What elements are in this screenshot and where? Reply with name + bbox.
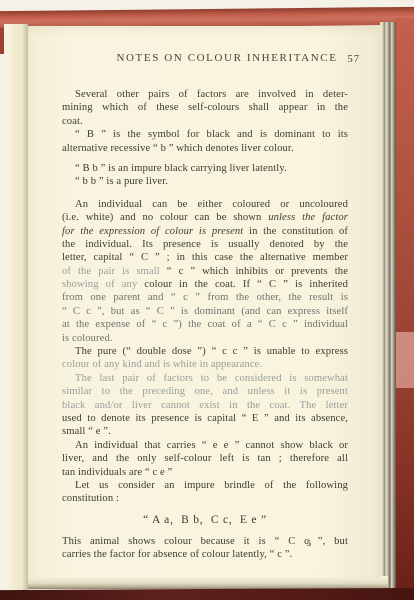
text-segment: in the constitution of	[243, 226, 348, 237]
book-page: NOTES ON COLOUR INHERITANCE 57 Several o…	[28, 26, 380, 578]
text-line: “ B b ” is an impure black carrying live…	[62, 162, 348, 175]
text-segment: colour in the coat. If “ C ” is inherite…	[144, 279, 348, 290]
text-segment: letter, capital “ C ” ; in this case the…	[62, 252, 348, 263]
text-line: “ C c ”, but as “ C ” is dominant (and c…	[62, 305, 348, 318]
text-segment: from one parent and “ c ” from the other…	[62, 292, 348, 303]
text-line: tan individuals are “ c e ”	[62, 466, 348, 479]
text-line: of the pair is small “ c ” which inhibit…	[62, 265, 348, 278]
text-line: “ A a, B b, C c, E e ”	[62, 513, 348, 528]
text-line: “ B ” is the symbol for black and is dom…	[62, 128, 348, 141]
text-line: carries the factor for absence of colour…	[62, 548, 348, 561]
text-segment: for the expression of colour is present	[62, 226, 243, 237]
book-cover-bottom-edge	[0, 588, 414, 600]
text-line: “ b b ” is a pure liver.	[62, 175, 348, 188]
text-segment: coat.	[62, 116, 83, 127]
text-line: An individual that carries “ e e ” canno…	[62, 439, 348, 452]
text-segment: alternative recessive “ b ” which denote…	[62, 143, 294, 154]
text-line: letter, capital “ C ” ; in this case the…	[62, 251, 348, 264]
text-segment: An individual that carries “ e e ” canno…	[75, 440, 348, 451]
text-segment: showing of any	[62, 279, 144, 290]
paragraph: An individual that carries “ e e ” canno…	[62, 439, 348, 479]
text-segment: “ C c ”, but as “ C ” is dominant (and c…	[62, 306, 348, 317]
text-line: colour of any kind and is white in appea…	[62, 358, 348, 371]
text-line: The pure (“ double dose ”) “ c c ” is un…	[62, 345, 348, 358]
text-segment: black and/or liver cannot exist in the c…	[62, 400, 348, 411]
paragraph: Several other pairs of factors are invol…	[62, 88, 348, 128]
text-segment: This animal shows colour because it is “…	[62, 536, 348, 547]
text-line: for the expression of colour is present …	[62, 225, 348, 238]
page-stack-edge-right	[380, 22, 396, 588]
text-line: alternative recessive “ b ” which denote…	[62, 142, 348, 155]
text-segment: (i.e. white) and no colour can be shown	[62, 212, 268, 223]
text-line: constitution :	[62, 492, 348, 505]
text-segment: The last pair of factors to be considere…	[75, 373, 348, 384]
text-segment: The pure (“ double dose ”) “ c c ” is un…	[75, 346, 348, 357]
text-segment: unless the factor	[268, 212, 348, 223]
paragraph: “ B ” is the symbol for black and is dom…	[62, 128, 348, 155]
text-segment: Several other pairs of factors are invol…	[75, 89, 348, 100]
text-segment: “ B ” is the symbol for black and is dom…	[75, 129, 348, 140]
text-segment: constitution :	[62, 493, 119, 504]
text-segment: is coloured.	[62, 333, 113, 344]
text-segment: “ b b ” is a pure liver.	[75, 176, 168, 187]
text-line: Let us consider an impure brindle of the…	[62, 479, 348, 492]
text-block: Several other pairs of factors are invol…	[62, 88, 348, 562]
text-segment: “ B b ” is an impure black carrying live…	[75, 163, 287, 174]
text-segment: colour of any kind and is white in appea…	[62, 359, 262, 370]
book-cover-right-edge	[396, 18, 414, 592]
text-segment: mining which of these self-colours shall…	[62, 102, 348, 113]
book-cover-highlight	[396, 332, 414, 388]
text-segment: “ c ” which inhibits or prevents the	[167, 266, 348, 277]
text-line: is coloured.	[62, 332, 348, 345]
text-line: at the expense of “ c ”) the coat of a “…	[62, 318, 348, 331]
text-line: An individual can be either coloured or …	[62, 198, 348, 211]
text-line: liver, and the only self-colour left is …	[62, 452, 348, 465]
text-line: black and/or liver cannot exist in the c…	[62, 399, 348, 412]
page-header: NOTES ON COLOUR INHERITANCE 57	[28, 52, 380, 68]
text-line: small “ e ”.	[62, 425, 348, 438]
text-segment: tan individuals are “ c e ”	[62, 467, 172, 478]
text-line: the individual. Its presence is usually …	[62, 238, 348, 251]
paragraph: “ B b ” is an impure black carrying live…	[62, 162, 348, 189]
text-segment: similar to the preceding one, and unless…	[62, 386, 348, 397]
text-line: This animal shows colour because it is “…	[62, 535, 348, 548]
page-number: 57	[348, 54, 361, 65]
paragraph: The last pair of factors to be considere…	[62, 372, 348, 439]
text-line: used to denote its presence is capital “…	[62, 412, 348, 425]
text-line: (i.e. white) and no colour can be shown …	[62, 211, 348, 224]
under-page-left-edge	[4, 24, 28, 590]
text-segment: at the expense of “ c ”) the coat of a “…	[62, 319, 348, 330]
text-line: from one parent and “ c ” from the other…	[62, 291, 348, 304]
text-line: similar to the preceding one, and unless…	[62, 385, 348, 398]
text-line: Several other pairs of factors are invol…	[62, 88, 348, 101]
text-segment: of the pair is small	[62, 266, 167, 277]
paragraph: Let us consider an impure brindle of the…	[62, 479, 348, 506]
page-title: NOTES ON COLOUR INHERITANCE	[62, 52, 366, 64]
paragraph: An individual can be either coloured or …	[62, 198, 348, 345]
text-segment: carries the factor for absence of colour…	[62, 549, 292, 560]
text-line: mining which of these self-colours shall…	[62, 101, 348, 114]
text-segment: An individual can be either coloured or …	[75, 199, 348, 210]
signature-mark: 5	[307, 539, 311, 548]
text-line: The last pair of factors to be considere…	[62, 372, 348, 385]
paragraph: “ A a, B b, C c, E e ”	[62, 513, 348, 528]
paragraph: The pure (“ double dose ”) “ c c ” is un…	[62, 345, 348, 372]
paragraph: This animal shows colour because it is “…	[62, 535, 348, 562]
text-segment: liver, and the only self-colour left is …	[62, 453, 348, 464]
text-segment: the individual. Its presence is usually …	[62, 239, 348, 250]
text-line: showing of any colour in the coat. If “ …	[62, 278, 348, 291]
text-segment: Let us consider an impure brindle of the…	[75, 480, 348, 491]
text-segment: used to denote its presence is capital “…	[62, 413, 348, 424]
text-segment: small “ e ”.	[62, 426, 111, 437]
text-line: coat.	[62, 115, 348, 128]
text-segment: “ A a, B b, C c, E e ”	[143, 514, 267, 526]
